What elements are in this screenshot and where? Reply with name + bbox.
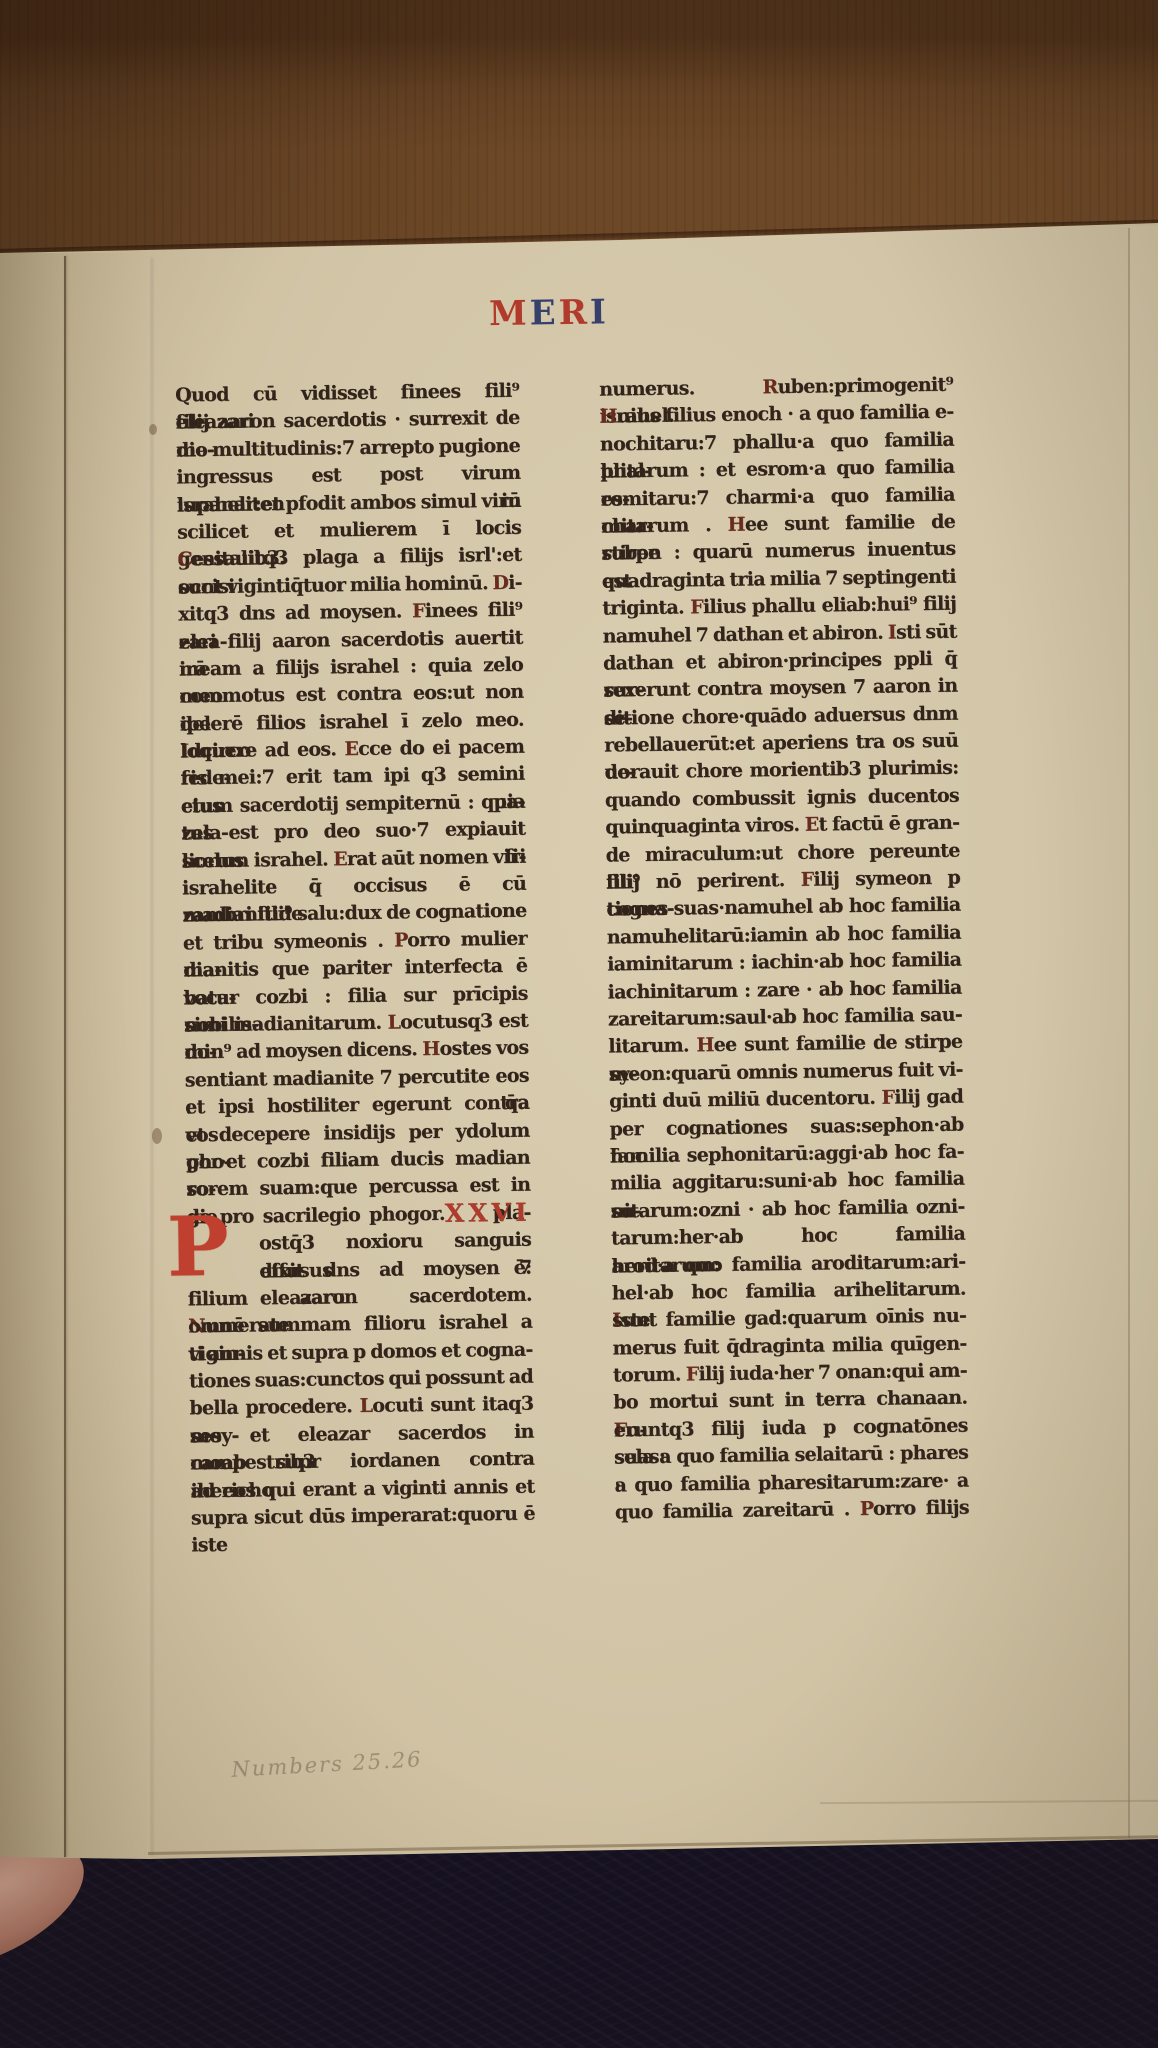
text-line: triginta. Filius phallu eliab:hui⁹ filij bbox=[602, 591, 956, 623]
running-title-letter: I bbox=[590, 292, 609, 332]
text-line: moab supr iordanen contra ihericho bbox=[190, 1446, 534, 1478]
text-line: iaminitarum : iachin·ab hoc familia bbox=[607, 947, 961, 979]
running-title-letter: M bbox=[489, 294, 530, 335]
text-line: commotus est contra eos:ut non ipe bbox=[179, 679, 523, 711]
text-line: omnē summam filioru israhel a vigin- bbox=[188, 1309, 532, 1341]
text-line: quo familia zareitarū . Porro filijs bbox=[615, 1495, 969, 1527]
running-title-letter: E bbox=[529, 293, 558, 333]
drop-cap-initial-p: P bbox=[167, 1208, 244, 1287]
text-line: ginti duū miliū ducentoru. Filij gad bbox=[609, 1084, 963, 1116]
text-line: tus est pro deo suo·7 expiauit scelus fi… bbox=[181, 816, 525, 848]
text-line: supra sicut dūs imperarat:quoru ē iste bbox=[191, 1501, 535, 1533]
text-column-right: numerus. Ruben:primogenit⁹ israhel.Huius… bbox=[599, 372, 969, 1527]
book-page: MERI Quod cū vidisset finees fili⁹ eleaz… bbox=[0, 0, 1158, 2048]
text-line: xitq3 dns ad moysen. Finees fili⁹ elea- bbox=[178, 597, 522, 629]
text-line: dianitis que pariter interfecta ē voca- bbox=[183, 953, 527, 985]
text-line: et ipsi hostiliter egerunt contra vos· bbox=[185, 1090, 529, 1122]
pencil-annotation: Numbers 25.26 bbox=[231, 1744, 472, 1781]
text-line: luitarum : et esrom·a quo familia es- bbox=[600, 454, 954, 486]
text-line: ingressus est post virum israheliten in bbox=[176, 460, 520, 492]
text-line: tarum:her·ab hoc familia heritarum: bbox=[611, 1221, 965, 1253]
wood-table-background bbox=[0, 0, 1158, 262]
running-title-letter: R bbox=[558, 293, 590, 333]
printed-text-layer: MERI Quod cū vidisset finees fili⁹ eleaz… bbox=[0, 0, 1158, 2048]
text-column-left: Quod cū vidisset finees fili⁹ eleazarifi… bbox=[175, 378, 535, 1533]
running-title-numeri: MERI bbox=[489, 292, 609, 334]
chapter-numeral: XXVI bbox=[445, 1197, 531, 1227]
